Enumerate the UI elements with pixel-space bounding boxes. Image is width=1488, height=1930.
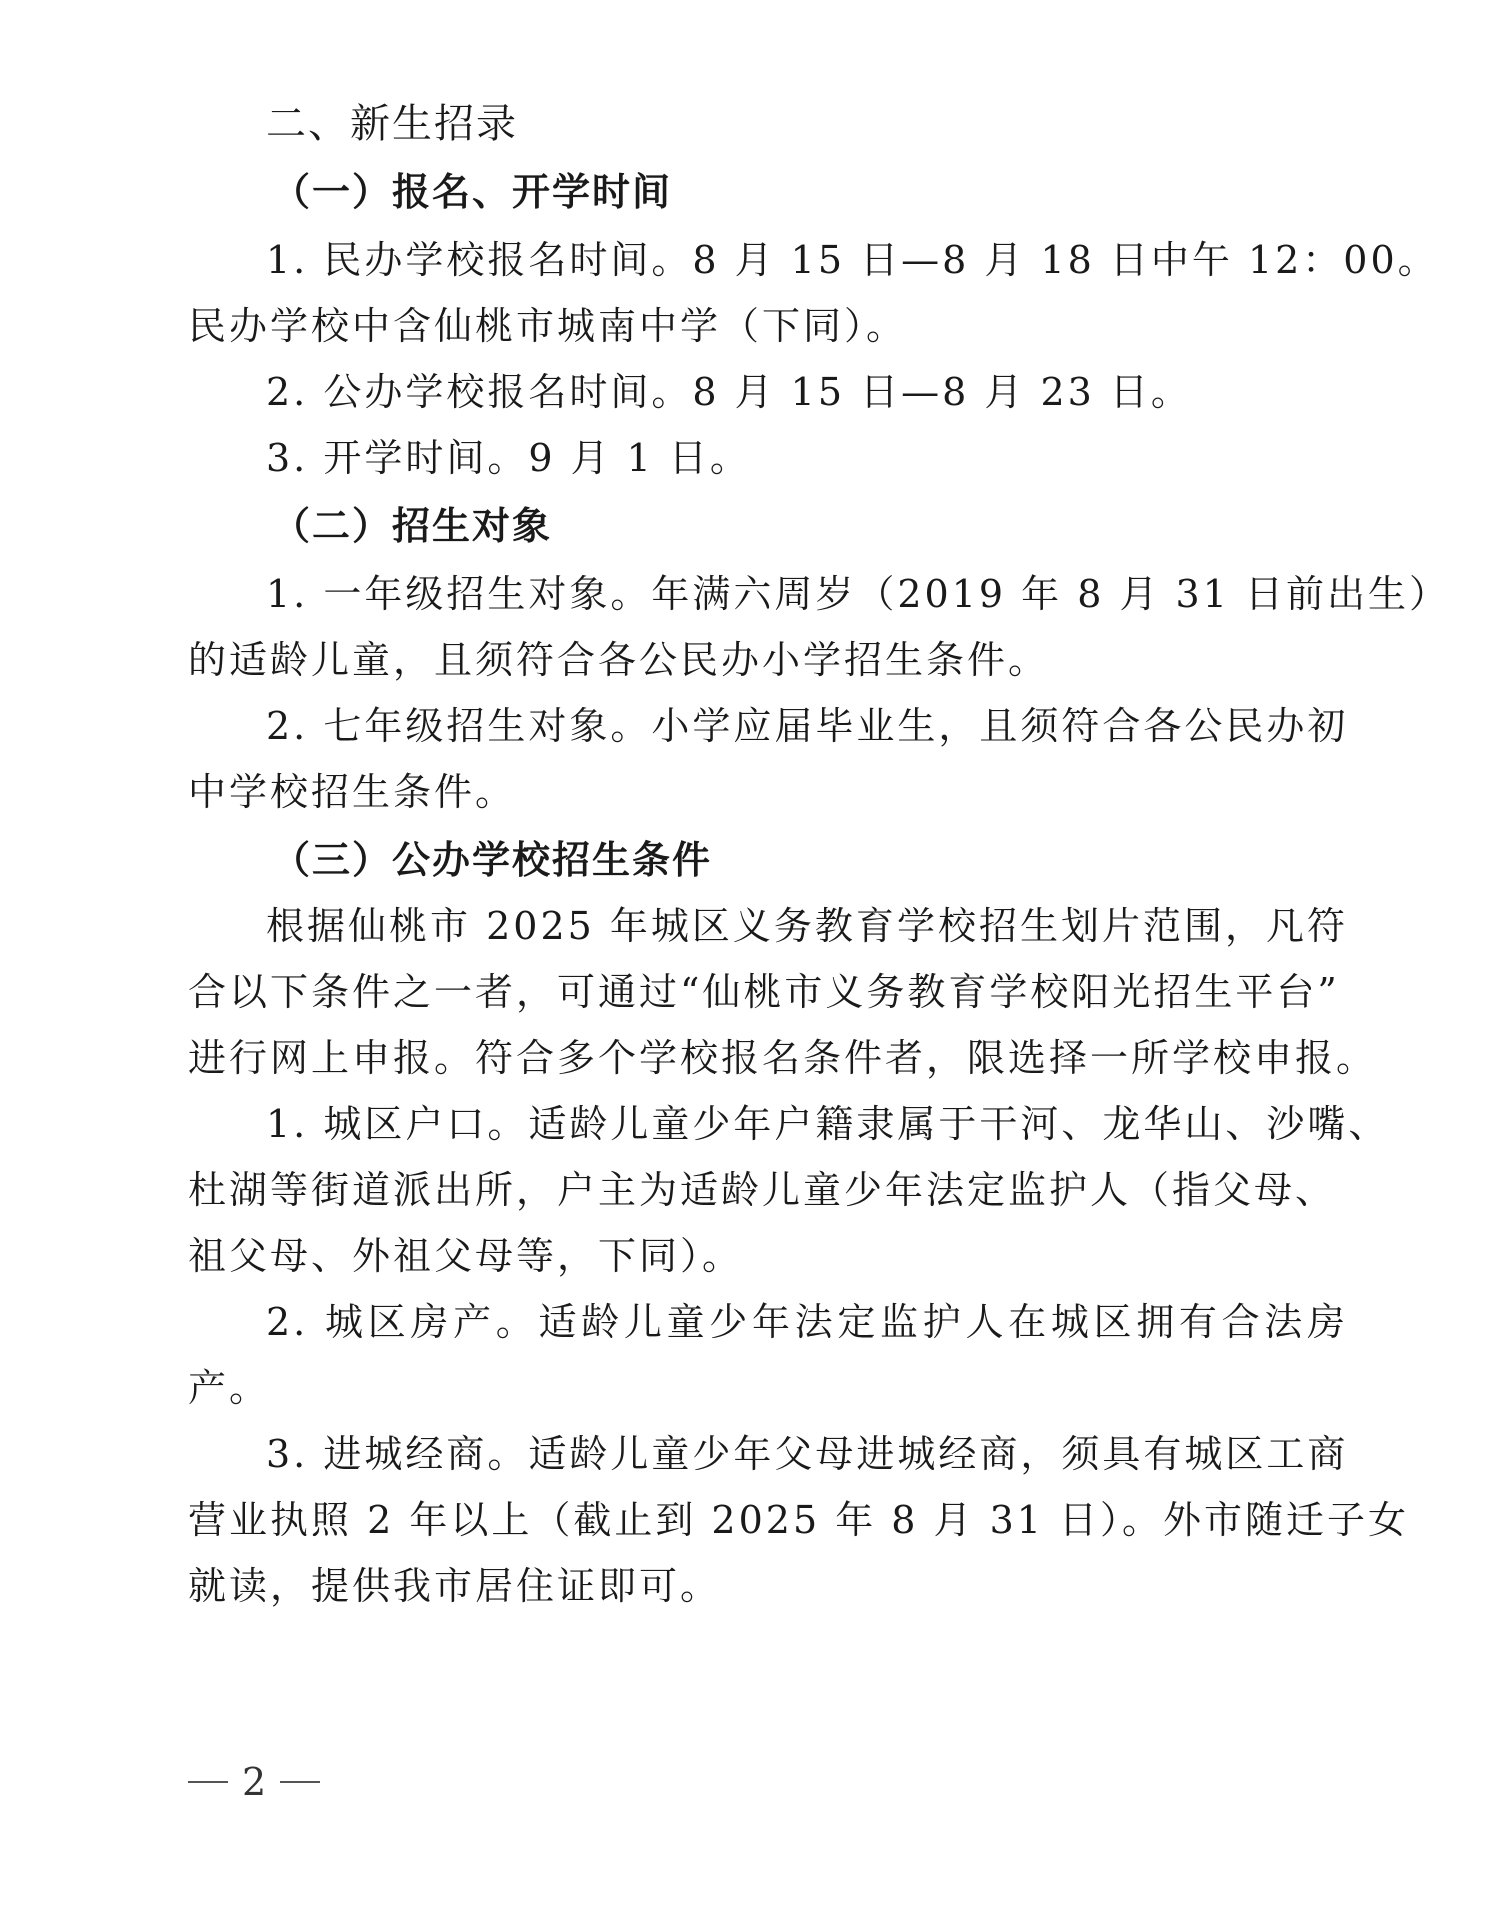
paragraph-line: 中学校招生条件。	[188, 768, 1308, 816]
paragraph-line: 1. 城区户口。适龄儿童少年户籍隶属于干河、龙华山、沙嘴、	[266, 1100, 1348, 1148]
page-footer: 2	[188, 1758, 320, 1806]
subsection-heading-2: （二）招生对象	[272, 502, 1392, 550]
paragraph-line: 3. 进城经商。适龄儿童少年父母进城经商，须具有城区工商	[266, 1430, 1348, 1478]
page-number: 2	[242, 1758, 266, 1806]
paragraph-line: 产。	[188, 1364, 1308, 1412]
paragraph-line: 1. 一年级招生对象。年满六周岁（2019 年 8 月 31 日前出生）	[266, 570, 1348, 618]
paragraph-line: 祖父母、外祖父母等，下同）。	[188, 1232, 1308, 1280]
paragraph-line: 合以下条件之一者，可通过“仙桃市义务教育学校阳光招生平台”	[188, 968, 1268, 1016]
section-title: 二、新生招录	[266, 100, 1386, 148]
paragraph-line: 营业执照 2 年以上（截止到 2025 年 8 月 31 日）。外市随迁子女	[188, 1496, 1268, 1544]
paragraph-line: 2. 城区房产。适龄儿童少年法定监护人在城区拥有合法房	[266, 1298, 1348, 1346]
paragraph-line: 根据仙桃市 2025 年城区义务教育学校招生划片范围，凡符	[266, 902, 1348, 950]
subsection-heading-3: （三）公办学校招生条件	[272, 836, 1392, 884]
paragraph-line: 杜湖等街道派出所，户主为适龄儿童少年法定监护人（指父母、	[188, 1166, 1268, 1214]
document-page: 二、新生招录 （一）报名、开学时间 1. 民办学校报名时间。8 月 15 日—8…	[0, 0, 1488, 1930]
paragraph-line: 1. 民办学校报名时间。8 月 15 日—8 月 18 日中午 12：00。	[266, 236, 1348, 284]
subsection-heading-1: （一）报名、开学时间	[272, 168, 1392, 216]
dash-left	[188, 1781, 228, 1783]
paragraph-line: 3. 开学时间。9 月 1 日。	[266, 434, 1386, 482]
paragraph-line: 就读，提供我市居住证即可。	[188, 1562, 1308, 1610]
paragraph-line: 民办学校中含仙桃市城南中学（下同）。	[188, 302, 1308, 350]
paragraph-line: 进行网上申报。符合多个学校报名条件者，限选择一所学校申报。	[188, 1034, 1268, 1082]
paragraph-line: 2. 公办学校报名时间。8 月 15 日—8 月 23 日。	[266, 368, 1386, 416]
dash-right	[280, 1781, 320, 1783]
paragraph-line: 2. 七年级招生对象。小学应届毕业生，且须符合各公民办初	[266, 702, 1348, 750]
paragraph-line: 的适龄儿童，且须符合各公民办小学招生条件。	[188, 636, 1308, 684]
